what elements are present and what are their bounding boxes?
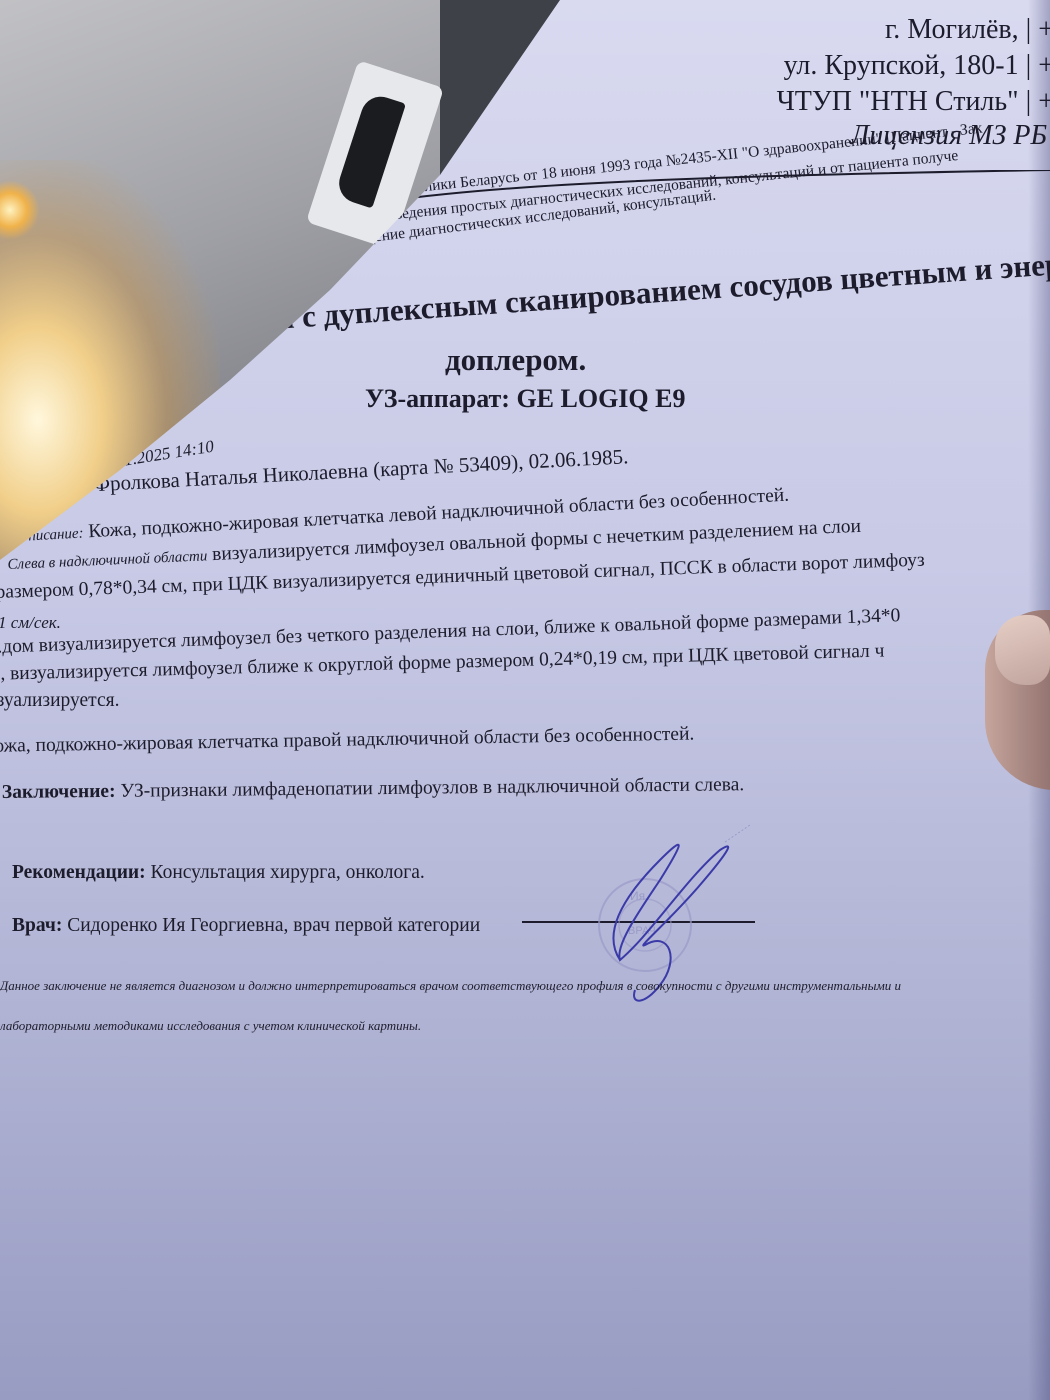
disclaimer-line1: Данное заключение не является диагнозом … [0, 978, 901, 994]
recommendations-text: Консультация хирурга, онколога. [151, 862, 425, 883]
header-address: ул. Крупской, 180-1 | +3 [784, 50, 1050, 82]
description-line7: ...зуализируется. [0, 690, 119, 712]
disclaimer-line2: лабораторными методиками исследования с … [0, 1018, 421, 1034]
report-title-line2: доплером. [445, 342, 586, 378]
doctor-label: Врач: [12, 915, 62, 936]
doctor-name: Сидоренко Ия Георгиевна, врач первой кат… [67, 915, 480, 936]
description-prefix: Слева в надключичной области [7, 548, 207, 573]
header-city: г. Могилёв, | +3 [885, 14, 1050, 46]
conclusion-text: УЗ-признаки лимфаденопатии лимфоузлов в … [120, 774, 744, 802]
recommendations: Рекомендации: Консультация хирурга, онко… [12, 862, 425, 884]
doctor: Врач: Сидоренко Ия Георгиевна, врач перв… [12, 915, 480, 937]
finger-nail [995, 615, 1050, 685]
ultrasound-device: УЗ-аппарат: GE LOGIQ E9 [365, 384, 686, 414]
conclusion: Заключение: УЗ-признаки лимфаденопатии л… [2, 774, 745, 804]
description-line4: 1 см/сек. [0, 613, 61, 633]
description-line8: ...ожа, подкожно-жировая клетчатка право… [0, 724, 695, 758]
background-light-spot [0, 180, 40, 240]
conclusion-label: Заключение: [2, 781, 116, 803]
header-company: ЧТУП "НТН Стиль" | +3 [777, 86, 1050, 118]
recommendations-label: Рекомендации: [12, 862, 146, 883]
